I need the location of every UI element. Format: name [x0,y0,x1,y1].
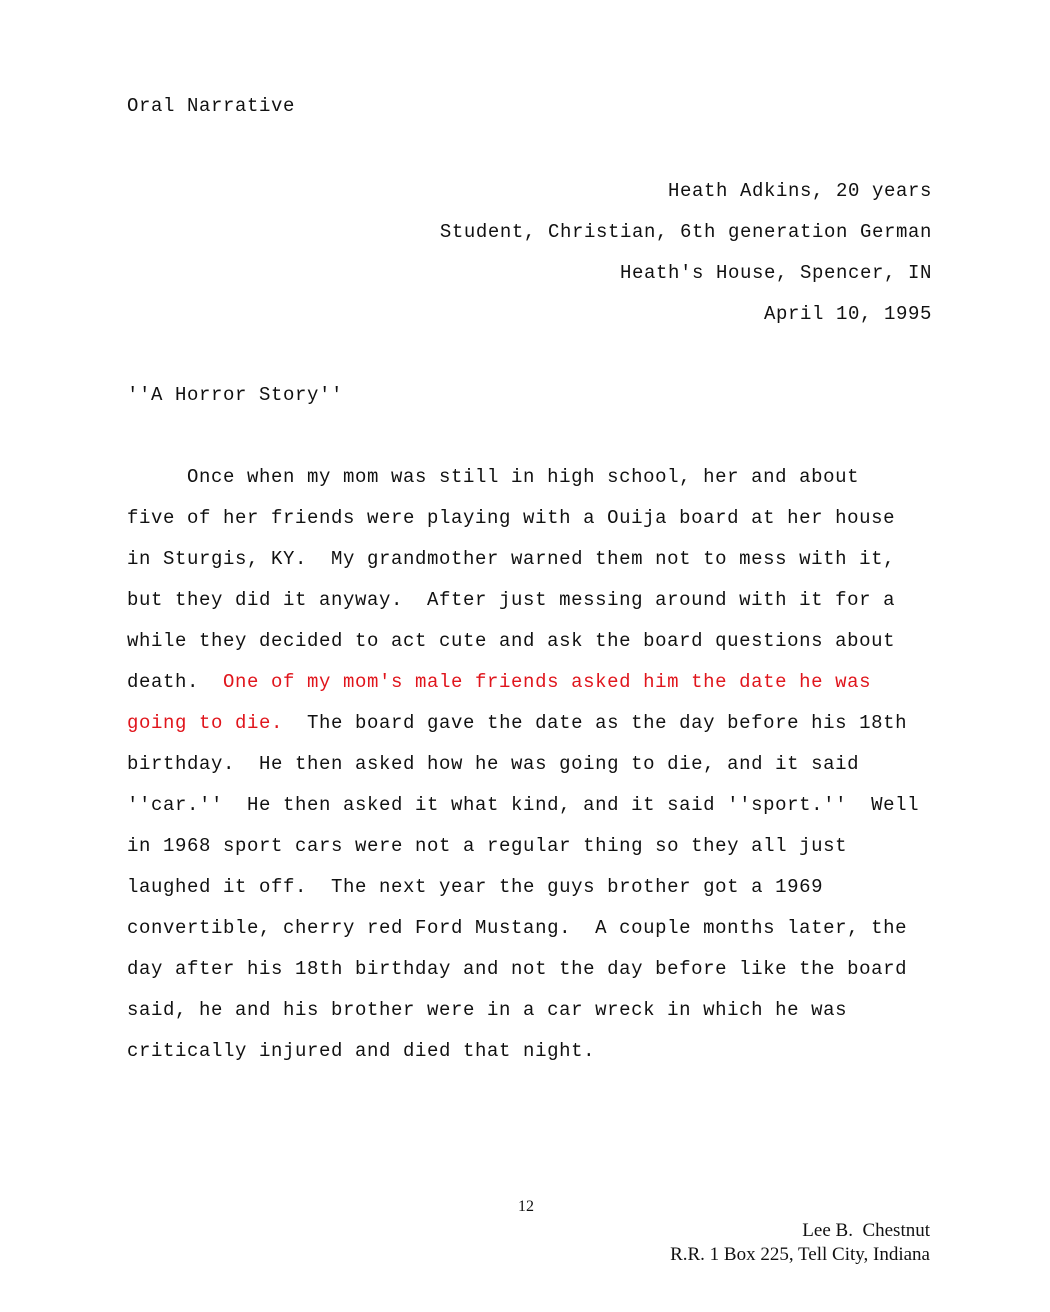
text-segment: birthday. He then asked how he was going… [127,753,859,775]
story-line: said, he and his brother were in a car w… [127,999,847,1021]
story-line: death. One of my mom's male friends aske… [127,671,871,693]
text-segment: The board gave the date as the day befor… [283,712,907,734]
story-line: in 1968 sport cars were not a regular th… [127,835,847,857]
text-segment: while they decided to act cute and ask t… [127,630,895,652]
story-line: five of her friends were playing with a … [127,507,895,529]
story-line: going to die. The board gave the date as… [127,712,907,734]
collector-name: Lee B. Chestnut [802,1220,930,1242]
story-line: convertible, cherry red Ford Mustang. A … [127,917,907,939]
story-line: in Sturgis, KY. My grandmother warned th… [127,548,895,570]
text-segment: critically injured and died that night. [127,1040,595,1062]
collector-address: R.R. 1 Box 225, Tell City, Indiana [670,1244,930,1266]
text-segment: laughed it off. The next year the guys b… [127,876,823,898]
text-segment: said, he and his brother were in a car w… [127,999,847,1021]
story-line: ''car.'' He then asked it what kind, and… [127,794,919,816]
story-title: ''A Horror Story'' [127,384,343,406]
highlighted-text: going to die. [127,712,283,734]
highlighted-text: One of my mom's male friends asked him t… [223,671,871,693]
story-line: critically injured and died that night. [127,1040,595,1062]
story-line: while they decided to act cute and ask t… [127,630,895,652]
text-segment: day after his 18th birthday and not the … [127,958,907,980]
story-line: Once when my mom was still in high schoo… [127,466,859,488]
document-label: Oral Narrative [127,95,295,117]
interview-location: Heath's House, Spencer, IN [620,262,932,284]
text-segment: Once when my mom was still in high schoo… [127,466,859,488]
informant-name-age: Heath Adkins, 20 years [668,180,932,202]
text-segment: five of her friends were playing with a … [127,507,895,529]
text-segment: in 1968 sport cars were not a regular th… [127,835,847,857]
text-segment: death. [127,671,223,693]
informant-description: Student, Christian, 6th generation Germa… [440,221,932,243]
story-line: but they did it anyway. After just messi… [127,589,895,611]
story-line: day after his 18th birthday and not the … [127,958,907,980]
text-segment: in Sturgis, KY. My grandmother warned th… [127,548,895,570]
story-line: birthday. He then asked how he was going… [127,753,859,775]
interview-date: April 10, 1995 [764,303,932,325]
page-number: 12 [518,1198,534,1216]
story-line: laughed it off. The next year the guys b… [127,876,823,898]
text-segment: ''car.'' He then asked it what kind, and… [127,794,919,816]
text-segment: but they did it anyway. After just messi… [127,589,895,611]
text-segment: convertible, cherry red Ford Mustang. A … [127,917,907,939]
